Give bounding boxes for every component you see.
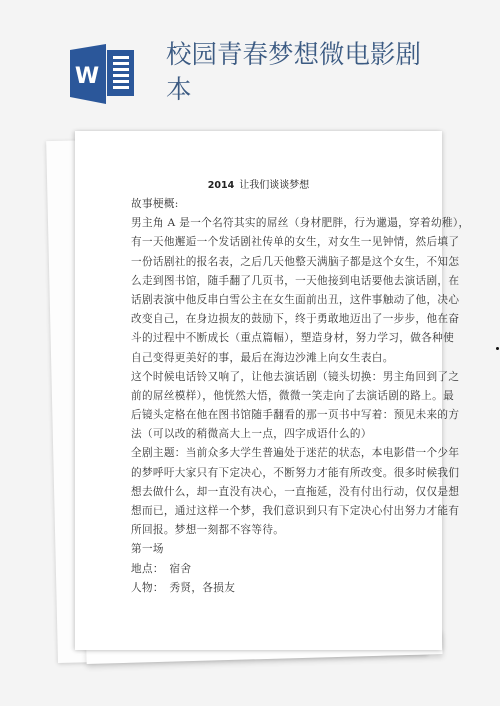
text-line: 有一天他邂逅一个发话剧社传单的女生，对女生一见钟情，然后填了 — [131, 233, 389, 252]
text-line: 地点： 宿舍 — [131, 560, 389, 579]
text-line: 全剧主题：当前众多大学生普遍处于迷茫的状态，本电影借一个少年 — [131, 444, 389, 463]
text-line: 么走到图书馆，随手翻了几页书，一天他接到电话要他去演话剧，在 — [131, 272, 389, 291]
page-heading: 2014让我们谈谈梦想 — [75, 179, 442, 193]
text-line: 一份话剧社的报名表，之后几天他整天满脑子都是这个女生，不知怎 — [131, 253, 389, 272]
text-line: 自己变得更美好的事，最后在海边沙滩上向女生表白。 — [131, 349, 389, 368]
text-line: 男主角 A 是一个名符其实的屌丝（身材肥胖，行为邋遢，穿着幼稚）， — [131, 214, 389, 233]
text-line: 的梦呼吁大家只有下定决心，不断努力才能有所改变。很多时候我们 — [131, 464, 389, 483]
heading-text: 让我们谈谈梦想 — [239, 180, 309, 191]
text-line: 改变自己，在身边损友的鼓励下，终于勇敢地迈出了一步步，他在奋 — [131, 310, 389, 329]
text-line: 这个时候电话铃又响了，让他去演话剧（镜头切换：男主角回到了之 — [131, 368, 389, 387]
marker-dot — [496, 347, 499, 350]
text-line: 前的屌丝模样），他恍然大悟，微微一笑走向了去演话剧的路上。最 — [131, 387, 389, 406]
text-line: 法（可以改的稍微高大上一点，四字成语什么的） — [131, 425, 389, 444]
document-title: 校园青春梦想微电影剧本 — [166, 38, 436, 108]
page-body: 故事梗概: 男主角 A 是一个名符其实的屌丝（身材肥胖，行为邋遢，穿着幼稚）， … — [131, 195, 389, 598]
text-line: 故事梗概: — [131, 195, 389, 214]
document-page: 2014让我们谈谈梦想 故事梗概: 男主角 A 是一个名符其实的屌丝（身材肥胖，… — [75, 131, 442, 650]
text-line: 想而已，通过这样一个梦，我们意识到只有下定决心付出努力才能有 — [131, 502, 389, 521]
text-line: 后镜头定格在他在图书馆随手翻看的那一页书中写着：预见未来的方 — [131, 406, 389, 425]
text-line: 话剧表演中他反串白雪公主在女生面前出丑，这件事触动了他，决心 — [131, 291, 389, 310]
word-icon: W — [69, 44, 135, 104]
text-line: 人物： 秀贤，各损友 — [131, 579, 389, 598]
heading-year: 2014 — [208, 180, 234, 191]
preview-canvas: W 校园青春梦想微电影剧本 2014让我们谈谈梦想 故事梗概: 男主角 A 是一… — [0, 0, 500, 706]
text-line: 想去做什么，却一直没有决心，一直拖延，没有付出行动，仅仅是想 — [131, 483, 389, 502]
svg-text:W: W — [75, 64, 99, 89]
text-line: 斗的过程中不断成长（重点篇幅），塑造身材，努力学习，做各种使 — [131, 329, 389, 348]
text-line: 第一场 — [131, 540, 389, 559]
text-line: 所回报。梦想一刻都不容等待。 — [131, 521, 389, 540]
